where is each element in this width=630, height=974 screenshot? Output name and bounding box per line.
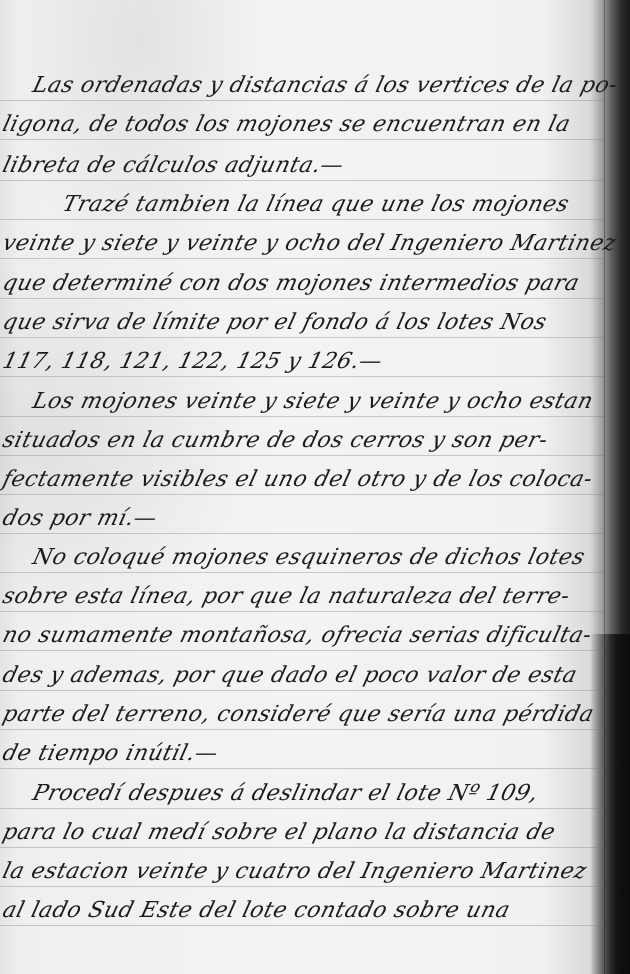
ruled-line xyxy=(0,847,604,848)
ruled-line xyxy=(0,768,604,769)
scanned-manuscript-page: Las ordenadas y distancias á los vertice… xyxy=(0,0,630,974)
text-line: para lo cual medí sobre el plano la dist… xyxy=(0,820,606,845)
ruled-line xyxy=(0,729,604,730)
ruled-line xyxy=(0,139,604,140)
ruled-line xyxy=(0,219,604,220)
text-line: veinte y siete y veinte y ocho del Ingen… xyxy=(0,231,606,256)
text-line: libreta de cálculos adjunta.— xyxy=(0,153,606,178)
text-line: situados en la cumbre de dos cerros y so… xyxy=(0,428,606,453)
ruled-line xyxy=(0,650,604,651)
text-line: de tiempo inútil.— xyxy=(0,741,606,766)
ruled-line xyxy=(0,258,604,259)
ruled-line xyxy=(0,533,604,534)
ruled-line xyxy=(0,494,604,495)
ruled-line xyxy=(0,455,604,456)
ruled-line xyxy=(0,690,604,691)
text-line: Trazé tambien la línea que une los mojon… xyxy=(0,192,606,217)
ruled-line xyxy=(0,100,604,101)
text-line: que sirva de límite por el fondo á los l… xyxy=(0,310,606,335)
text-line: al lado Sud Este del lote contado sobre … xyxy=(0,898,606,923)
text-line: No coloqué mojones esquineros de dichos … xyxy=(0,545,606,570)
ruled-line xyxy=(0,886,604,887)
text-line: no sumamente montañosa, ofrecia serias d… xyxy=(0,623,606,648)
text-line: Las ordenadas y distancias á los vertice… xyxy=(0,73,606,98)
text-line: ligona, de todos los mojones se encuentr… xyxy=(0,112,606,137)
text-line: la estacion veinte y cuatro del Ingenier… xyxy=(0,859,606,884)
ruled-line xyxy=(0,180,604,181)
ruled-line xyxy=(0,611,604,612)
text-line: que determiné con dos mojones intermedio… xyxy=(0,271,606,296)
text-line: fectamente visibles el uno del otro y de… xyxy=(0,467,606,492)
ruled-line xyxy=(0,376,604,377)
ruled-line xyxy=(0,925,604,926)
text-line: dos por mí.— xyxy=(0,506,606,531)
ruled-line xyxy=(0,572,604,573)
text-line: parte del terreno, consideré que sería u… xyxy=(0,702,606,727)
text-line: Procedí despues á deslindar el lote Nº 1… xyxy=(0,781,606,806)
ruled-line xyxy=(0,808,604,809)
ruled-line xyxy=(0,337,604,338)
ruled-line xyxy=(0,416,604,417)
text-line: des y ademas, por que dado el poco valor… xyxy=(0,663,606,688)
text-line: sobre esta línea, por que la naturaleza … xyxy=(0,584,606,609)
ruled-line xyxy=(0,298,604,299)
text-line: Los mojones veinte y siete y veinte y oc… xyxy=(0,389,606,414)
text-line: 117, 118, 121, 122, 125 y 126.— xyxy=(0,349,606,374)
